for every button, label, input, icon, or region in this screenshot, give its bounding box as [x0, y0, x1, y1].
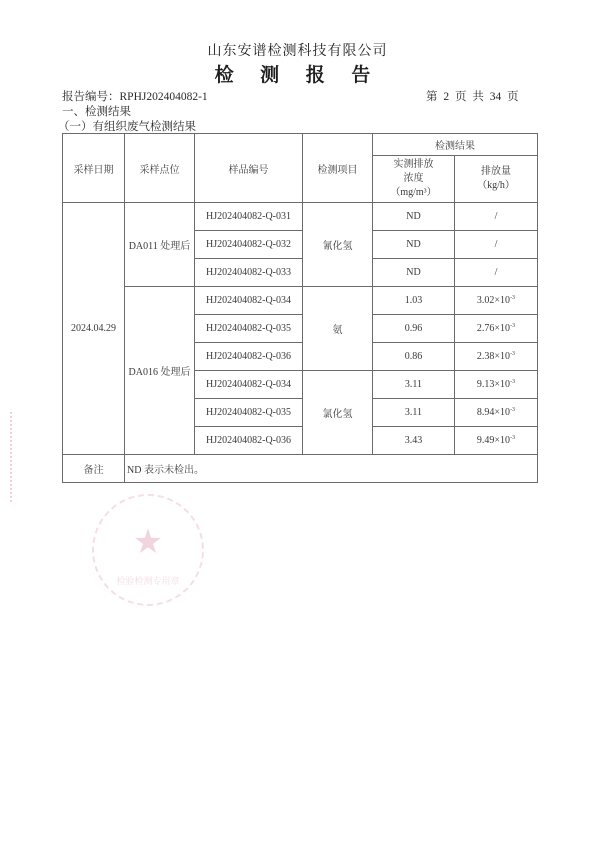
concentration-value: ND: [373, 259, 455, 287]
concentration-value: 3.11: [373, 371, 455, 399]
emission-value: 2.38×10-3: [455, 343, 538, 371]
header-sampling-date: 采样日期: [63, 134, 125, 203]
concentration-value: 0.86: [373, 343, 455, 371]
seal-text: 检验检测专用章: [94, 574, 202, 587]
remark-row: 备注 ND 表示未检出。: [63, 455, 538, 483]
sample-number: HJ202404082-Q-032: [195, 231, 303, 259]
emission-value: /: [455, 203, 538, 231]
header-concentration-line1: 实测排放: [373, 158, 454, 172]
emission-value: 9.49×10-3: [455, 427, 538, 455]
concentration-value: 1.03: [373, 287, 455, 315]
sampling-location: DA016 处理后: [125, 287, 195, 455]
emission-value: 9.13×10-3: [455, 371, 538, 399]
sample-number: HJ202404082-Q-035: [195, 399, 303, 427]
header-emission-rate: 排放量 （kg/h）: [455, 156, 538, 203]
report-number-label: 报告编号：: [62, 91, 120, 103]
concentration-value: 0.96: [373, 315, 455, 343]
sample-number: HJ202404082-Q-033: [195, 259, 303, 287]
official-seal: ★ 检验检测专用章: [92, 494, 204, 606]
concentration-value: 3.11: [373, 399, 455, 427]
emission-value: 2.76×10-3: [455, 315, 538, 343]
header-concentration-line2: 浓度: [373, 172, 454, 186]
company-name: 山东安谱检测科技有限公司: [0, 40, 595, 60]
sample-number: HJ202404082-Q-034: [195, 287, 303, 315]
sampling-date: 2024.04.29: [63, 203, 125, 455]
concentration-value: 3.43: [373, 427, 455, 455]
header-sample-number: 样品编号: [195, 134, 303, 203]
report-number-value: RPHJ202404082-1: [120, 91, 208, 103]
header-concentration: 实测排放 浓度 （mg/m³）: [373, 156, 455, 203]
sample-number: HJ202404082-Q-036: [195, 427, 303, 455]
remark-label: 备注: [63, 455, 125, 483]
emission-value: /: [455, 259, 538, 287]
table-row: DA016 处理后 HJ202404082-Q-034 氨 1.03 3.02×…: [63, 287, 538, 315]
seal-star-icon: ★: [94, 526, 202, 560]
sample-number: HJ202404082-Q-034: [195, 371, 303, 399]
header-test-item: 检测项目: [303, 134, 373, 203]
page-indicator: 第 2 页 共 34 页: [426, 88, 519, 104]
emission-value: 8.94×10-3: [455, 399, 538, 427]
seam-stamp: [0, 412, 12, 502]
sample-number: HJ202404082-Q-035: [195, 315, 303, 343]
test-item: 氯化氢: [303, 371, 373, 455]
sample-number: HJ202404082-Q-036: [195, 343, 303, 371]
section-heading: 一、检测结果: [62, 103, 131, 119]
concentration-value: ND: [373, 203, 455, 231]
test-item: 氨: [303, 287, 373, 371]
header-test-results: 检测结果: [373, 134, 538, 156]
header-concentration-unit: （mg/m³）: [373, 186, 454, 200]
document-title: 检 测 报 告: [0, 60, 595, 87]
sample-number: HJ202404082-Q-031: [195, 203, 303, 231]
header-emission-line1: 排放量: [455, 165, 537, 179]
emission-value: 3.02×10-3: [455, 287, 538, 315]
remark-text: ND 表示未检出。: [125, 455, 538, 483]
concentration-value: ND: [373, 231, 455, 259]
report-number: 报告编号：RPHJ202404082-1: [62, 88, 208, 104]
sampling-location: DA011 处理后: [125, 203, 195, 287]
subsection-heading: （一）有组织废气检测结果: [58, 118, 196, 134]
table-row: 2024.04.29 DA011 处理后 HJ202404082-Q-031 氰…: [63, 203, 538, 231]
header-emission-unit: （kg/h）: [455, 179, 537, 193]
results-table: 采样日期 采样点位 样品编号 检测项目 检测结果 实测排放 浓度 （mg/m³）…: [62, 133, 538, 483]
emission-value: /: [455, 231, 538, 259]
test-item: 氰化氢: [303, 203, 373, 287]
table-header-row: 采样日期 采样点位 样品编号 检测项目 检测结果: [63, 134, 538, 156]
header-sampling-location: 采样点位: [125, 134, 195, 203]
